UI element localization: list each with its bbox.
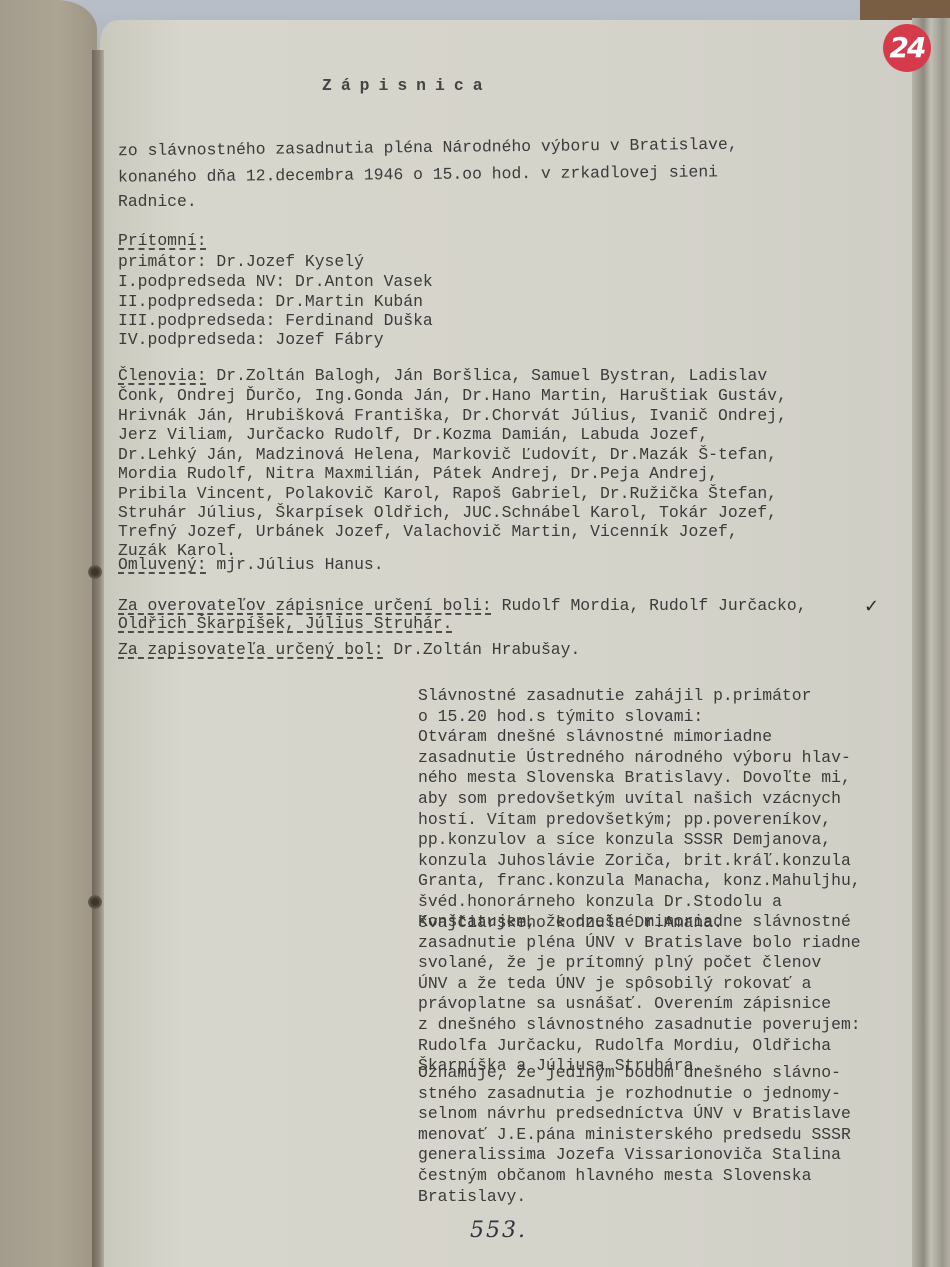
paragraph-line: Granta, franc.konzula Manacha, konz.Mahu… xyxy=(418,871,861,892)
members-first-line: Členovia: Dr.Zoltán Balogh, Ján Boršlica… xyxy=(118,366,767,386)
checkmark-icon: ✓ xyxy=(864,596,879,617)
paragraph-line: ného mesta Slovenska Bratislavy. Dovoľte… xyxy=(418,768,861,789)
recorder-label: Za zapisovateľa určený bol: xyxy=(118,640,384,659)
verifiers-value: Rudolf Mordia, Rudolf Jurčacko, xyxy=(492,596,807,615)
members-line: Dr.Lehký Ján, Madzinová Helena, Markovič… xyxy=(118,445,777,465)
binding-thread-icon xyxy=(88,565,102,579)
members-line: Jerz Viliam, Jurčacko Rudolf, Dr.Kozma D… xyxy=(118,425,708,445)
paragraph-line: Slávnostné zasadnutie zahájil p.primátor xyxy=(418,686,861,707)
logo-24-badge-icon[interactable]: 24 xyxy=(883,24,931,72)
paragraph-line: Oznamuje, že jediným bodom dnešného sláv… xyxy=(418,1063,851,1084)
paragraph-line: hostí. Vítam predovšetkým; pp.povereníko… xyxy=(418,810,861,831)
paragraph-line: menovať J.E.pána ministerského predsedu … xyxy=(418,1125,851,1146)
verifiers-line: Za overovateľov zápisnice určení boli: R… xyxy=(118,596,807,616)
members-line: Struhár Július, Škarpísek Oldřich, JUC.S… xyxy=(118,503,777,523)
recorder-value: Dr.Zoltán Hrabušay. xyxy=(384,640,581,659)
paragraph-line: pp.konzulov a síce konzula SSSR Demjanov… xyxy=(418,830,861,851)
paragraph-line: zasadnutie pléna ÚNV v Bratislave bolo r… xyxy=(418,933,861,954)
paragraph-announcement: Oznamuje, že jediným bodom dnešného sláv… xyxy=(418,1063,851,1207)
verifiers-line-2: Oldřich Škarpíšek, Július Struhár. xyxy=(118,614,452,634)
paragraph-line: z dnešného slávnostného zasadnutie pover… xyxy=(418,1015,861,1036)
paragraph-line: generalissima Jozefa Vissarionoviča Stal… xyxy=(418,1145,851,1166)
paragraph-line: Otváram dnešné slávnostné mimoriadne xyxy=(418,727,861,748)
left-facing-page xyxy=(0,0,97,1267)
paragraph-line: zasadnutie Ústredného národného výboru h… xyxy=(418,748,861,769)
excused-line: Omluvený: mjr.Július Hanus. xyxy=(118,555,384,575)
paragraph-line: o 15.20 hod.s týmito slovami: xyxy=(418,707,861,728)
members-line: Čonk, Ondrej Ďurčo, Ing.Gonda Ján, Dr.Ha… xyxy=(118,386,787,406)
members-line: Trefný Jozef, Urbánek Jozef, Valachovič … xyxy=(118,522,738,542)
paragraph-line: konzula Juhoslávie Zoriča, brit.kráľ.kon… xyxy=(418,851,861,872)
paragraph-line: aby som predovšetkým uvítal našich vzácn… xyxy=(418,789,861,810)
paragraph-line: švéd.honorárneho konzula Dr.Stodolu a xyxy=(418,892,861,913)
official-line: I.podpredseda NV: Dr.Anton Vasek xyxy=(118,272,433,292)
paragraph-line: čestným občanom hlavného mesta Slovenska xyxy=(418,1166,851,1187)
binding-thread-icon xyxy=(88,895,102,909)
official-line: II.podpredseda: Dr.Martin Kubán xyxy=(118,292,423,312)
paragraph-line: Konštatujem, že dnešné mimoriadne slávno… xyxy=(418,912,861,933)
members-line: Pribila Vincent, Polakovič Karol, Rapoš … xyxy=(118,484,777,504)
paragraph-line: právoplatne sa usnášať. Overením zápisni… xyxy=(418,994,861,1015)
paragraph-line: Rudolfa Jurčacku, Rudolfa Mordiu, Oldřic… xyxy=(418,1036,861,1057)
verifiers-label: Za overovateľov zápisnice určení boli: xyxy=(118,596,492,615)
table-edge xyxy=(860,0,950,20)
intro-line: Radnice. xyxy=(118,192,197,212)
paragraph-line: stného zasadnutia je rozhodnutie o jedno… xyxy=(418,1084,851,1105)
official-line: IV.podpredseda: Jozef Fábry xyxy=(118,330,384,350)
paragraph-declaration: Konštatujem, že dnešné mimoriadne slávno… xyxy=(418,912,861,1077)
members-line: Hrivnák Ján, Hrubišková Františka, Dr.Ch… xyxy=(118,406,787,426)
official-line: III.podpredseda: Ferdinand Duška xyxy=(118,311,433,331)
paragraph-line: svolané, že je prítomný plný počet členo… xyxy=(418,953,861,974)
book-gutter xyxy=(92,50,104,1267)
paragraph-opening: Slávnostné zasadnutie zahájil p.primátor… xyxy=(418,686,861,933)
paragraph-line: Bratislavy. xyxy=(418,1187,851,1208)
handwritten-page-number: 553. xyxy=(470,1218,527,1243)
excused-value: mjr.Július Hanus. xyxy=(207,555,384,574)
recorder-line: Za zapisovateľa určený bol: Dr.Zoltán Hr… xyxy=(118,640,580,660)
present-heading: Prítomní: xyxy=(118,231,207,251)
excused-label: Omluvený: xyxy=(118,555,207,574)
members-line: Dr.Zoltán Balogh, Ján Boršlica, Samuel B… xyxy=(207,366,768,385)
members-label: Členovia: xyxy=(118,366,207,385)
paragraph-line: selnom návrhu predsedníctva ÚNV v Bratis… xyxy=(418,1104,851,1125)
document-title: Zápisnica xyxy=(322,76,492,96)
official-line: primátor: Dr.Jozef Kyselý xyxy=(118,252,364,272)
page-stack-edge xyxy=(912,18,950,1267)
members-line: Mordia Rudolf, Nitra Maxmilián, Pátek An… xyxy=(118,464,718,484)
paragraph-line: ÚNV a že teda ÚNV je spôsobilý rokovať a xyxy=(418,974,861,995)
